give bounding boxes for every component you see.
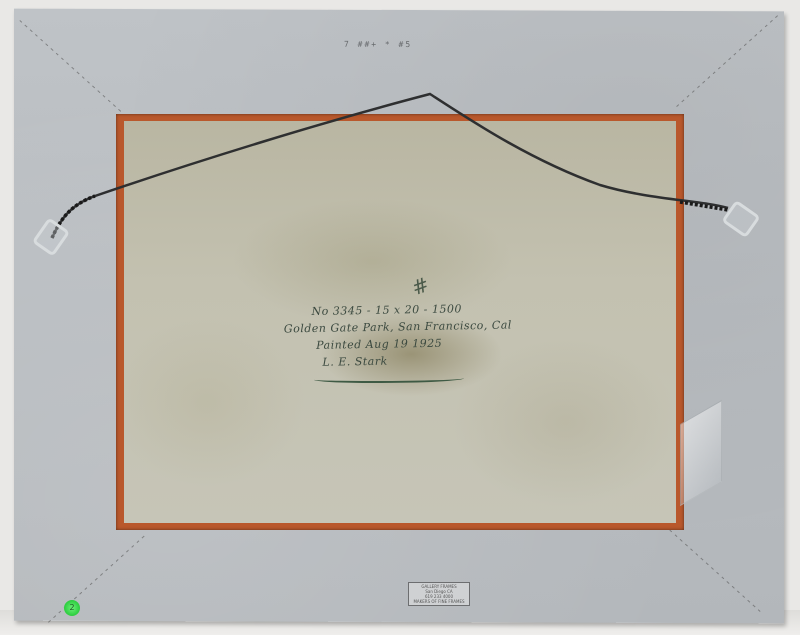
green-inventory-sticker: 2 <box>64 600 80 616</box>
signature-underline <box>314 375 464 383</box>
label-line-4: MAKERS OF FINE FRAMES <box>409 599 469 604</box>
canvas-back: # No 3345 - 15 x 20 - 1500 Golden Gate P… <box>124 121 676 523</box>
inscription-signature: L. E. Stark <box>284 350 564 372</box>
hash-mark: # <box>408 272 432 300</box>
frame-pencil-marks: 7 ##+ * #5 <box>344 40 412 49</box>
framer-label: GALLERY FRAMES San Diego CA 619 233 4000… <box>408 582 470 606</box>
handwritten-inscription: No 3345 - 15 x 20 - 1500 Golden Gate Par… <box>283 299 564 372</box>
